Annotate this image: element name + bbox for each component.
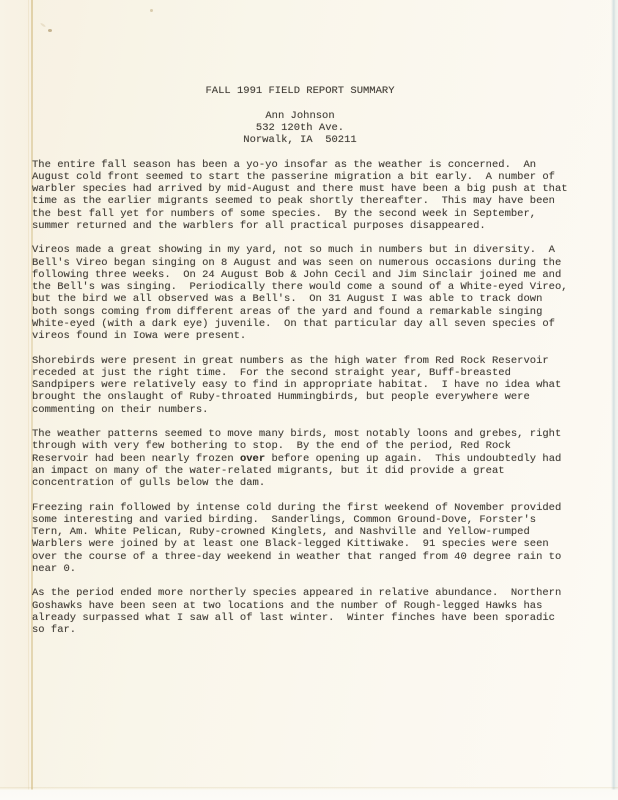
paragraph: As the period ended more northerly speci… (32, 587, 568, 636)
text-line: The weather patterns seemed to move many… (32, 428, 568, 440)
paragraph: Shorebirds were present in great numbers… (32, 355, 568, 416)
document-title: FALL 1991 FIELD REPORT SUMMARY (32, 85, 568, 97)
text-line: time as the earlier migrants seemed to p… (32, 195, 568, 207)
paragraph: Vireos made a great showing in my yard, … (32, 244, 568, 342)
document-content: FALL 1991 FIELD REPORT SUMMARY Ann Johns… (32, 85, 568, 636)
author-address-city: Norwalk, IA 50211 (32, 134, 568, 146)
text-line: so far. (32, 624, 568, 636)
text-line: vireos found in Iowa were present. (32, 330, 568, 342)
text-line: receded at just the right time. For the … (32, 367, 568, 379)
text-line: summer returned and the warblers for all… (32, 220, 568, 232)
text-line: Vireos made a great showing in my yard, … (32, 244, 568, 256)
document-body: The entire fall season has been a yo-yo … (32, 159, 568, 637)
author-name: Ann Johnson (32, 110, 568, 122)
paragraph: The entire fall season has been a yo-yo … (32, 159, 568, 233)
author-block: Ann Johnson 532 120th Ave. Norwalk, IA 5… (32, 110, 568, 147)
paper-left-margin (0, 0, 30, 800)
text-line: Tern, Am. White Pelican, Ruby-crowned Ki… (32, 526, 568, 538)
text-line: near 0. (32, 563, 568, 575)
text-line: some interesting and varied birding. San… (32, 514, 568, 526)
text-line: following three weeks. On 24 August Bob … (32, 269, 568, 281)
text-line: August cold front seemed to start the pa… (32, 171, 568, 183)
text-line: already surpassed what I saw all of last… (32, 612, 568, 624)
text-line: Bell's Vireo began singing on 8 August a… (32, 257, 568, 269)
paragraph: Freezing rain followed by intense cold d… (32, 502, 568, 576)
paper-right-edge (611, 0, 618, 800)
paper-speck (48, 29, 52, 32)
paragraph: The weather patterns seemed to move many… (32, 428, 568, 489)
text-line: warbler species had arrived by mid-Augus… (32, 183, 568, 195)
paper-speck (40, 22, 46, 27)
text-line: Shorebirds were present in great numbers… (32, 355, 568, 367)
document-page: FALL 1991 FIELD REPORT SUMMARY Ann Johns… (0, 0, 618, 800)
text-line: White-eyed (with a dark eye) juvenile. O… (32, 318, 568, 330)
paper-bottom-edge (0, 787, 618, 800)
text-line: but the bird we all observed was a Bell'… (32, 293, 568, 305)
text-line: The entire fall season has been a yo-yo … (32, 159, 568, 171)
text-line: As the period ended more northerly speci… (32, 587, 568, 599)
text-line: Freezing rain followed by intense cold d… (32, 502, 568, 514)
text-line: Goshawks have been seen at two locations… (32, 600, 568, 612)
text-line: brought the onslaught of Ruby-throated H… (32, 391, 568, 403)
text-line: through with very few bothering to stop.… (32, 440, 568, 452)
text-line: Reservoir had been nearly frozen over be… (32, 453, 568, 465)
text-line: commenting on their numbers. (32, 404, 568, 416)
text-line: over the course of a three-day weekend i… (32, 551, 568, 563)
author-address-street: 532 120th Ave. (32, 122, 568, 134)
text-line: the best fall yet for numbers of some sp… (32, 208, 568, 220)
text-line: Warblers were joined by at least one Bla… (32, 538, 568, 550)
paper-fold-line-faint (28, 0, 29, 800)
text-line: an impact on many of the water-related m… (32, 465, 568, 477)
paper-speck (150, 9, 153, 12)
text-line: concentration of gulls below the dam. (32, 477, 568, 489)
text-line: the Bell's was singing. Periodically the… (32, 281, 568, 293)
text-line: Sandpipers were relatively easy to find … (32, 379, 568, 391)
text-line: both songs coming from different areas o… (32, 306, 568, 318)
